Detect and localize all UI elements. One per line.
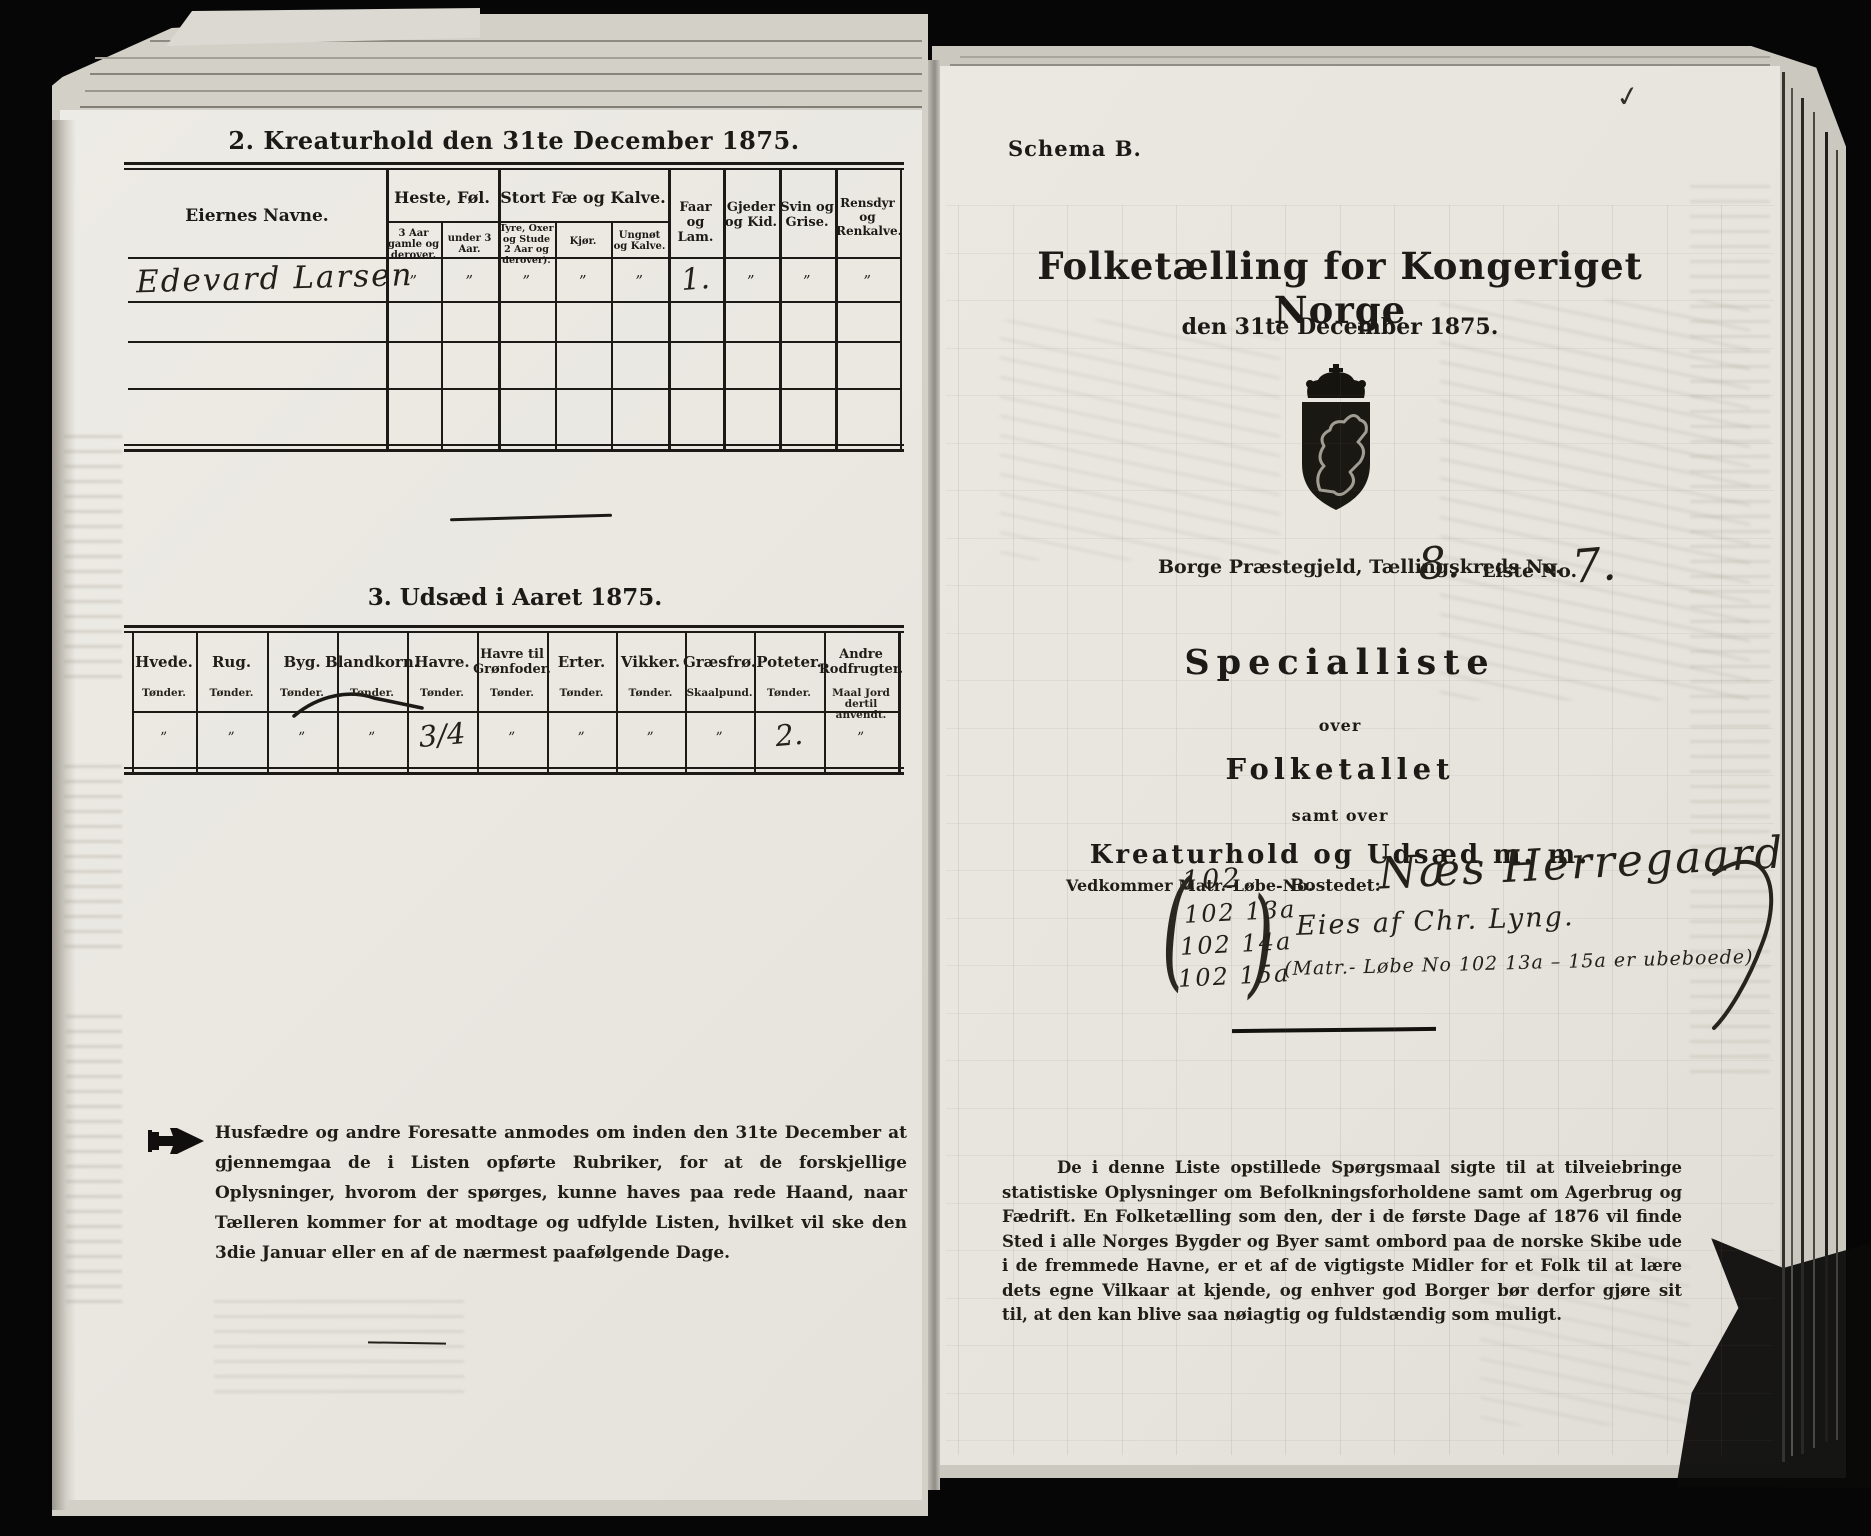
table3-bottom-rule (124, 772, 904, 775)
bleed-grid-vline (1067, 205, 1068, 1455)
bleedthrough-text (66, 1010, 122, 1310)
table3-title: 3. Udsæd i Aaret 1875. (315, 584, 715, 611)
table2-header-gjeder: Gjeder og Kid. (724, 200, 778, 230)
bleed-grid-vline (1231, 205, 1232, 1455)
table2-bottom-rule (124, 444, 904, 446)
table2-column-line (723, 169, 726, 450)
bleed-grid-vline (1612, 205, 1613, 1455)
table2-column-line (441, 221, 443, 450)
bleed-grid-hline (946, 1345, 1774, 1346)
table2-cell-mark: 1. (667, 260, 724, 299)
bleed-grid-hline (946, 585, 1774, 586)
bleed-grid-hline (946, 1393, 1774, 1394)
table3-column-unit: Tønder. (268, 688, 336, 699)
table2-column-line (900, 169, 902, 450)
sheet-edge-line (85, 90, 922, 92)
table3-column-unit: Tønder. (197, 688, 266, 699)
table2-header-faar: Faar og Lam. (669, 200, 722, 245)
bleed-grid-vline (1667, 205, 1668, 1455)
bleed-grid-hline (946, 538, 1774, 539)
table2-column-line (668, 169, 671, 450)
table2-cell-mark: ” (385, 270, 441, 292)
bleed-grid-hline (946, 443, 1774, 444)
table3-column-header: Rug. (198, 641, 265, 683)
matr-number-1: 102 13a (1183, 895, 1297, 929)
table2-header-svin: Svin og Grise. (780, 200, 834, 230)
bleed-grid-hline (946, 1013, 1774, 1014)
bleed-grid-vline (1721, 205, 1722, 1455)
table3-column-header: Poteter. (756, 641, 822, 683)
table2-row-line (128, 341, 900, 343)
book-spine (928, 60, 940, 1490)
bleed-grid-hline (946, 1155, 1774, 1156)
table2-group-stort: Stort Fæ og Kalve. (498, 188, 668, 207)
district-liste-label: Liste No. (1482, 560, 1577, 582)
table3-column-header: Blandkorn. (339, 641, 405, 683)
table2-header-rensdyr: Rensdyr og Renkalve. (836, 196, 899, 238)
table2-owner-header: Eiernes Navne. (128, 206, 386, 226)
matr-number-0: 102. (1181, 862, 1255, 897)
bleed-grid-hline (946, 1203, 1774, 1204)
bleed-grid-vline (1503, 205, 1504, 1455)
sheet-edge-line (80, 106, 922, 108)
bleed-grid-vline (1176, 205, 1177, 1455)
bleedthrough-text (64, 760, 122, 960)
table3-column-header: Havre. (409, 641, 475, 683)
sheet-edge-line (90, 73, 922, 75)
table2-header-underline (128, 257, 900, 259)
table2-column-line (611, 221, 613, 450)
left-footer-note: Husfædre og andre Foresatte anmodes om i… (215, 1118, 907, 1268)
table3-column-header: Græsfrø. (687, 641, 752, 683)
table2-title: 2. Kreaturhold den 31te December 1875. (214, 126, 814, 155)
bleed-grid-vline (1558, 205, 1559, 1455)
table3-column-unit: Tønder. (408, 688, 476, 699)
bleed-grid-vline (1449, 205, 1450, 1455)
handwriting-flourish (1700, 836, 1790, 1036)
bleed-grid-hline (946, 1250, 1774, 1251)
table3-column-unit: Tønder. (133, 688, 195, 699)
bleedthrough-text (64, 430, 122, 690)
table2-column-line (555, 221, 557, 450)
census-book-scan: 2. Kreaturhold den 31te December 1875. E… (0, 0, 1871, 1536)
bleed-grid-hline (946, 965, 1774, 966)
table3-column-header: Andre Rodfrugter. (826, 641, 896, 683)
sheet-edge-line (95, 57, 922, 59)
bleed-grid-hline (946, 870, 1774, 871)
table3-column-header: Havre til Grønfoder. (479, 641, 545, 683)
table3-column-header: Erter. (549, 641, 614, 683)
table3-header-underline (132, 711, 898, 713)
sheet-edge-line-right (1782, 72, 1785, 1462)
left-page (60, 110, 922, 1500)
bleed-grid-hline (946, 1298, 1774, 1299)
table2-bottom-rule (124, 449, 904, 452)
bleed-grid-vline (1122, 205, 1123, 1455)
table3-column-unit: Skaalpund. (686, 688, 753, 699)
table2-sub-stort-1: Kjør. (556, 236, 610, 247)
table3-column-header: Hvede. (134, 641, 194, 683)
sheet-edge-line-right (1801, 98, 1804, 1454)
matr-number-2: 102 14a (1179, 927, 1293, 961)
schema-label: Schema B. (1008, 136, 1142, 161)
table3-top-rule (124, 631, 904, 633)
bleedthrough-script (1000, 320, 1280, 560)
table2-sub-heste-1: under 3 Aar. (442, 233, 497, 255)
table3-top-rule (124, 625, 904, 628)
bleed-grid-vline (1013, 205, 1014, 1455)
sheet-edge-line-right (1836, 150, 1838, 1440)
bleed-grid-hline (946, 253, 1774, 254)
bleed-grid-hline (946, 823, 1774, 824)
table2-top-rule (124, 168, 904, 170)
table3-cell-mark: 2. (753, 715, 826, 755)
bleed-grid-vline (1285, 205, 1286, 1455)
sheet-edge-line-right (1813, 112, 1815, 1448)
bleedthrough-text (214, 1295, 464, 1405)
bleed-grid-hline (946, 1060, 1774, 1061)
bleed-grid-hline (946, 918, 1774, 919)
sheet-edge-line (950, 64, 1770, 66)
table2-top-rule (124, 162, 904, 165)
table2-row-line (128, 388, 900, 390)
bleed-grid-hline (946, 680, 1774, 681)
table3-cell-mark: 3/4 (406, 715, 479, 755)
bleed-grid-hline (946, 395, 1774, 396)
table2-group-heste: Heste, Føl. (386, 188, 498, 207)
norway-coat-of-arms (1286, 362, 1386, 522)
bleed-grid-hline (946, 775, 1774, 776)
bleed-grid-hline (946, 728, 1774, 729)
table2-row-line (128, 301, 900, 303)
table3-column-unit: Maal Jord dertil anvendt. (825, 688, 897, 721)
right-info-paragraph: De i denne Liste opstillede Spørgsmaal s… (1002, 1156, 1682, 1328)
sheet-edge-line (960, 56, 1770, 58)
bleed-grid-hline (946, 300, 1774, 301)
bleed-grid-hline (946, 1108, 1774, 1109)
table2-sub-stort-0: Tyre, Oxer og Stude 2 Aar og derover). (499, 224, 554, 266)
table2-column-line (498, 169, 501, 450)
table2-group-underline (386, 221, 668, 223)
table3-column-unit: Tønder. (548, 688, 615, 699)
table3-column-unit: Tønder. (617, 688, 684, 699)
sheet-edge-line-right (1791, 88, 1793, 1456)
bleed-grid-hline (946, 348, 1774, 349)
bleed-grid-hline (946, 205, 1774, 206)
table2-column-line (779, 169, 782, 450)
table3-bottom-rule (124, 767, 904, 769)
table3-column-header: Vikker. (618, 641, 683, 683)
bleed-grid-vline (958, 205, 959, 1455)
bleed-grid-hline (946, 490, 1774, 491)
sheet-edge-line-right (1825, 132, 1828, 1442)
bleed-grid-hline (946, 1440, 1774, 1441)
table2-sub-stort-2: Ungnøt og Kalve. (612, 230, 667, 252)
table2-column-line (386, 169, 389, 450)
bleed-grid-vline (1340, 205, 1341, 1455)
pointing-hand-icon (146, 1122, 206, 1160)
bosted-label: Bostedet: (1290, 876, 1381, 896)
table3-column-unit: Tønder. (338, 688, 406, 699)
table3-column-unit: Tønder. (478, 688, 546, 699)
district-kreds-number: 8. (1416, 537, 1461, 591)
bleed-grid-vline (1394, 205, 1395, 1455)
table3-column-unit: Tønder. (755, 688, 823, 699)
bleed-grid-hline (946, 633, 1774, 634)
table2-column-line (835, 169, 838, 450)
